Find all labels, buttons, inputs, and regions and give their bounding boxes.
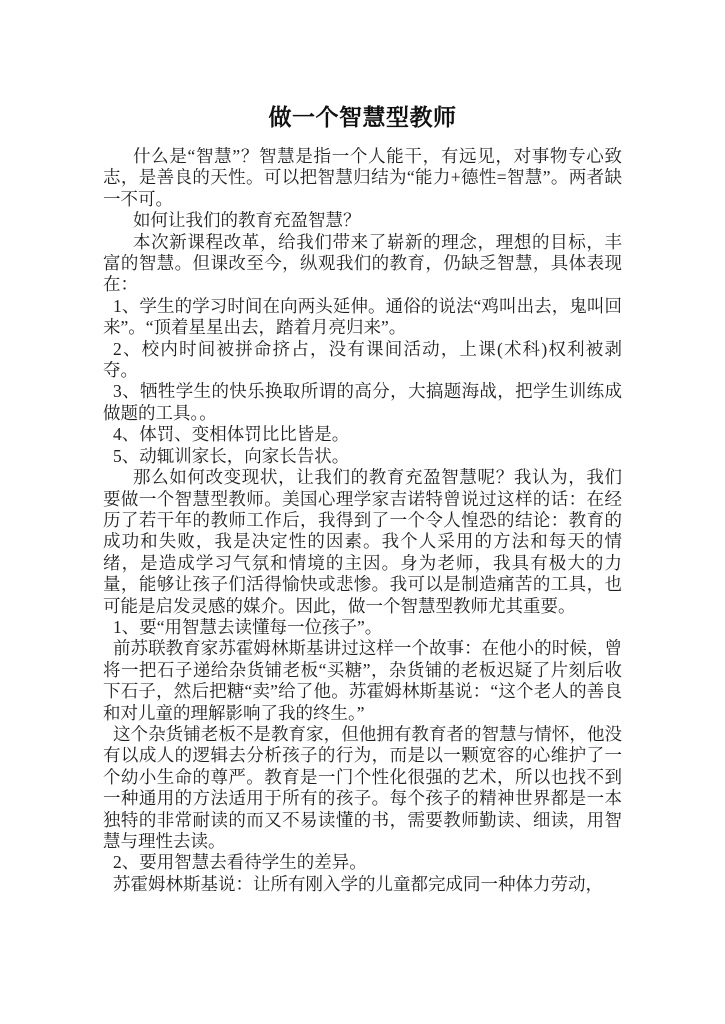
paragraph: 本次新课程改革，给我们带来了崭新的理念，理想的目标，丰富的智慧。但课改至今，纵观… <box>103 232 622 296</box>
paragraph: 1、学生的学习时间在向两头延伸。通俗的说法“鸡叫出去，鬼叫回来”。“顶着星星出去… <box>103 296 622 339</box>
paragraph: 5、动辄训家长，向家长告状。 <box>103 446 622 467</box>
document-content: 做一个智慧型教师 什么是“智慧”？智慧是指一个人能干，有远见，对事物专心致志，是… <box>103 103 622 895</box>
document-body: 什么是“智慧”？智慧是指一个人能干，有远见，对事物专心致志，是善良的天性。可以把… <box>103 146 622 895</box>
paragraph: 4、体罚、变相体罚比比皆是。 <box>103 424 622 445</box>
paragraph: 前苏联教育家苏霍姆林斯基讲过这样一个故事：在他小的时候，曾将一把石子递给杂货铺老… <box>103 638 622 724</box>
paragraph: 2、要用智慧去看待学生的差异。 <box>103 852 622 873</box>
paragraph: 3、牺牲学生的快乐换取所谓的高分，大搞题海战，把学生训练成做题的工具。。 <box>103 381 622 424</box>
paragraph: 苏霍姆林斯基说：让所有刚入学的儿童都完成同一种体力劳动， <box>103 874 622 895</box>
paragraph: 那么如何改变现状，让我们的教育充盈智慧呢？我认为，我们要做一个智慧型教师。美国心… <box>103 467 622 617</box>
paragraph: 2、校内时间被拼命挤占，没有课间活动，上课(术科)权利被剥夺。 <box>103 339 622 382</box>
paragraph: 1、要“用智慧去读懂每一位孩子”。 <box>103 617 622 638</box>
document-title: 做一个智慧型教师 <box>103 103 622 133</box>
paragraph: 如何让我们的教育充盈智慧？ <box>103 210 622 231</box>
paragraph: 这个杂货铺老板不是教育家，但他拥有教育者的智慧与情怀，他没有以成人的逻辑去分析孩… <box>103 724 622 852</box>
paragraph: 什么是“智慧”？智慧是指一个人能干，有远见，对事物专心致志，是善良的天性。可以把… <box>103 146 622 210</box>
document-page: 做一个智慧型教师 什么是“智慧”？智慧是指一个人能干，有远见，对事物专心致志，是… <box>0 0 725 1024</box>
